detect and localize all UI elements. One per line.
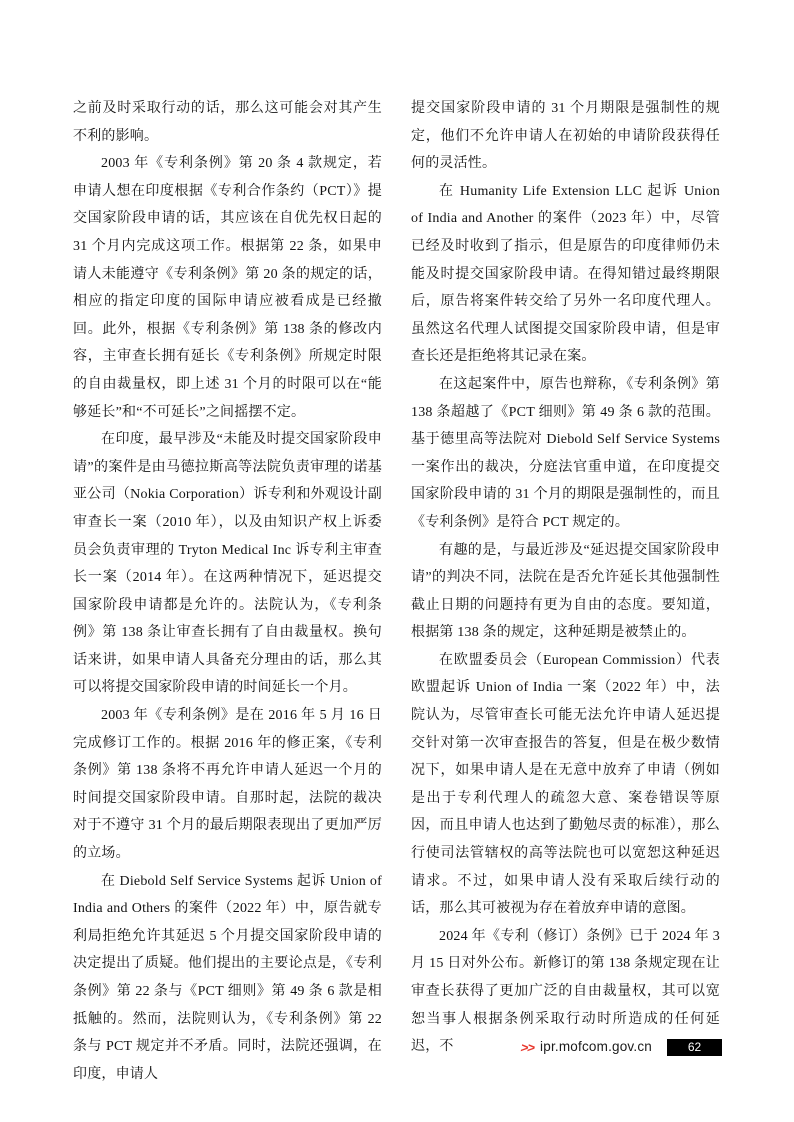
paragraph: 2003 年《专利条例》第 20 条 4 款规定，若申请人想在印度根据《专利合作… [73,150,382,426]
double-chevron-icon: >> [519,1041,535,1054]
paragraph: 2003 年《专利条例》是在 2016 年 5 月 16 日完成修订工作的。根据… [73,702,382,868]
paragraph: 有趣的是，与最近涉及“延迟提交国家阶段申请”的判决不同，法院在是否允许延长其他强… [411,537,720,647]
column-left: 之前及时采取行动的话，那么这可能会对其产生不利的影响。 2003 年《专利条例》… [73,95,382,1088]
footer-site-url: ipr.mofcom.gov.cn [540,1040,652,1054]
paragraph: 提交国家阶段申请的 31 个月期限是强制性的规定，他们不允许申请人在初始的申请阶… [411,95,720,178]
paragraph: 在 Humanity Life Extension LLC 起诉 Union o… [411,178,720,371]
paragraph: 在印度，最早涉及“未能及时提交国家阶段申请”的案件是由马德拉斯高等法院负责审理的… [73,426,382,702]
document-page: 之前及时采取行动的话，那么这可能会对其产生不利的影响。 2003 年《专利条例》… [0,0,794,1122]
paragraph: 在 Diebold Self Service Systems 起诉 Union … [73,868,382,1089]
column-right: 提交国家阶段申请的 31 个月期限是强制性的规定，他们不允许申请人在初始的申请阶… [411,95,720,1088]
paragraph: 之前及时采取行动的话，那么这可能会对其产生不利的影响。 [73,95,382,150]
article-body: 之前及时采取行动的话，那么这可能会对其产生不利的影响。 2003 年《专利条例》… [73,95,720,1088]
page-footer: >> ipr.mofcom.gov.cn 62 [521,1038,722,1056]
paragraph: 在欧盟委员会（European Commission）代表欧盟起诉 Union … [411,647,720,923]
page-number-badge: 62 [667,1039,722,1056]
paragraph: 在这起案件中，原告也辩称，《专利条例》第 138 条超越了《PCT 细则》第 4… [411,371,720,537]
